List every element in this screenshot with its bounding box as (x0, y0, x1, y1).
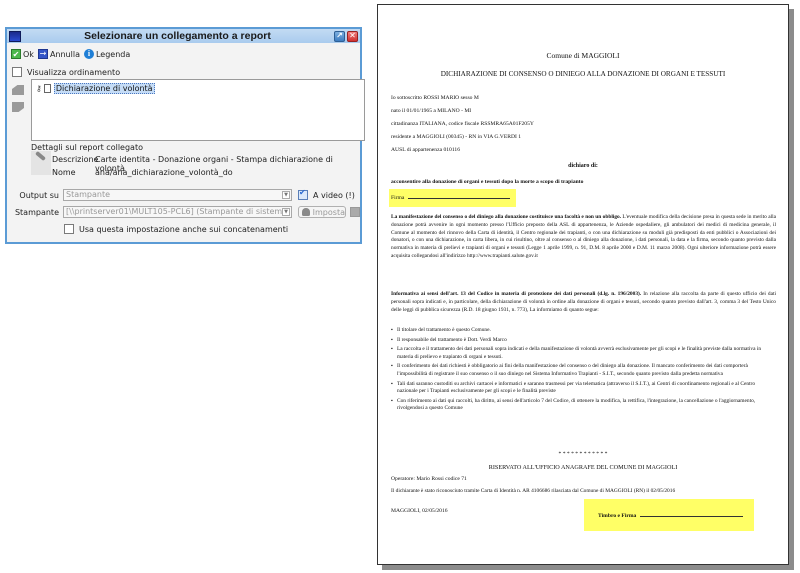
doc-separator: * * * * * * * * * * * * (378, 451, 788, 457)
tree-item-label[interactable]: Dichiarazione di volontà (54, 83, 155, 94)
key-icon: ⚷ (36, 84, 42, 93)
video-checkbox[interactable] (298, 190, 308, 200)
doc-signature-field: Firma (391, 195, 510, 201)
dialog-toolbar: ✔ Ok → Annulla i Legenda (11, 47, 134, 61)
move-up-icon[interactable] (12, 85, 24, 95)
doc-stamp-signature-field: Timbro e Firma (598, 513, 743, 519)
printer-label: Stampante (7, 208, 59, 217)
doc-paragraph-consent-bold: La manifestazione del consenso o del din… (391, 214, 621, 220)
doc-privacy-list: Il titolare del trattamento è questo Com… (391, 327, 777, 415)
printer-setup-button[interactable]: Imposta (298, 206, 346, 218)
restore-icon[interactable]: ↗ (334, 31, 345, 42)
dialog-title: Selezionare un collegamento a report (21, 30, 334, 42)
name-value: ana/ana_dichiarazione_volontà_do (95, 168, 233, 177)
doc-personal-line: cittadinanza ITALIANA, codice fiscale RS… (391, 121, 534, 127)
clear-printer-button[interactable] (350, 207, 360, 217)
chain-checkbox-row[interactable]: Usa questa impostazione anche sui concat… (64, 224, 288, 234)
report-preview-page: Comune di MAGGIOLI DICHIARAZIONE DI CONS… (377, 4, 789, 565)
output-select[interactable]: Stampante ▼ (63, 189, 292, 201)
cancel-button[interactable]: → Annulla (38, 49, 80, 59)
printer-setup-label: Imposta (313, 208, 345, 217)
chevron-down-icon[interactable]: ▼ (282, 191, 290, 199)
doc-identification-line: Il dichiarante è stato riconosciuto tram… (391, 488, 776, 496)
doc-municipality: Comune di MAGGIOLI (378, 51, 788, 60)
name-key: Nome (52, 168, 95, 177)
printer-row: Stampante [\\printserver01\MULT105-PCL6]… (7, 206, 360, 218)
doc-consent-line: acconsentire alla donazione di organi e … (391, 179, 583, 185)
exit-arrow-icon: → (38, 49, 48, 59)
stamp-signature-line (640, 516, 743, 517)
show-order-checkbox[interactable] (12, 67, 22, 77)
output-value: Stampante (66, 190, 110, 199)
app-icon (9, 31, 21, 42)
doc-stamp-signature-label: Timbro e Firma (598, 513, 636, 519)
doc-title: DICHIARAZIONE DI CONSENSO O DINIEGO ALLA… (378, 70, 788, 78)
ok-label: Ok (23, 50, 34, 59)
doc-personal-line: nato il 01/01/1965 a MILANO - MI (391, 108, 471, 114)
list-item: Il responsabile del trattamento è Dott. … (391, 337, 777, 345)
details-icon-panel (31, 151, 51, 175)
name-row: Nome ana/ana_dichiarazione_volontà_do (52, 168, 233, 177)
list-item: La raccolta e il trattamento dei dati pe… (391, 346, 777, 361)
doc-paragraph-privacy-bold: Informativa ai sensi dell'art. 13 del Co… (391, 291, 641, 297)
printer-icon (302, 208, 310, 216)
report-tree[interactable]: ⚷ Dichiarazione di volontà (31, 79, 365, 141)
list-item: Con riferimento ai dati qui raccolti, ha… (391, 398, 777, 413)
doc-personal-line: Io sottoscritto ROSSI MARIO sesso M (391, 95, 479, 101)
video-checkbox-row[interactable]: A video (!) (298, 190, 355, 200)
list-item: Il conferimento dei dati richiesti è obb… (391, 363, 777, 378)
legend-label: Legenda (96, 50, 130, 59)
report-link-dialog: Selezionare un collegamento a report ↗ ✕… (5, 27, 362, 244)
printer-value: [\\printserver01\MULT105-PCL6] (Stampant… (66, 207, 290, 216)
ok-button[interactable]: ✔ Ok (11, 49, 34, 59)
move-down-icon[interactable] (12, 102, 24, 112)
cancel-label: Annulla (50, 50, 80, 59)
doc-declare-heading: dichiaro di: (378, 163, 788, 169)
signature-line (408, 198, 510, 199)
list-item: Tali dati saranno custoditi su archivi c… (391, 381, 777, 396)
doc-signature-label: Firma (391, 195, 404, 201)
doc-office-heading: RISERVATO ALL'UFFICIO ANAGRAFE DEL COMUN… (378, 464, 788, 471)
chain-checkbox[interactable] (64, 224, 74, 234)
doc-place-date: MAGGIOLI, 02/05/2016 (391, 508, 448, 514)
doc-paragraph-consent: La manifestazione del consenso o del din… (391, 214, 776, 261)
doc-personal-line: AUSL di appartenenza 010116 (391, 147, 460, 153)
chevron-down-icon[interactable]: ▼ (282, 208, 290, 216)
legend-button[interactable]: i Legenda (84, 49, 130, 59)
show-order-label: Visualizza ordinamento (27, 68, 120, 77)
close-icon[interactable]: ✕ (347, 31, 358, 42)
output-label: Output su (7, 191, 59, 200)
report-document-icon (44, 84, 51, 93)
list-item: Il titolare del trattamento è questo Com… (391, 327, 777, 335)
show-order-checkbox-row[interactable]: Visualizza ordinamento (12, 67, 120, 77)
dialog-titlebar[interactable]: Selezionare un collegamento a report ↗ ✕ (7, 29, 360, 43)
doc-personal-line: residente a MAGGIOLI (00345) - RN in VIA… (391, 134, 521, 140)
chain-label: Usa questa impostazione anche sui concat… (79, 225, 288, 234)
tree-item[interactable]: ⚷ Dichiarazione di volontà (36, 83, 155, 94)
wrench-icon (35, 151, 46, 161)
doc-paragraph-privacy: Informativa ai sensi dell'art. 13 del Co… (391, 291, 776, 314)
info-icon: i (84, 49, 94, 59)
output-row: Output su Stampante ▼ A video (!) (7, 189, 355, 201)
printer-select[interactable]: [\\printserver01\MULT105-PCL6] (Stampant… (63, 206, 292, 218)
check-icon: ✔ (11, 49, 21, 59)
video-label: A video (!) (313, 191, 355, 200)
doc-operator-line: Operatore: Mario Rossi codice 71 (391, 476, 467, 482)
doc-paragraph-consent-text: L'eventuale modifica della decisione pre… (391, 214, 776, 259)
